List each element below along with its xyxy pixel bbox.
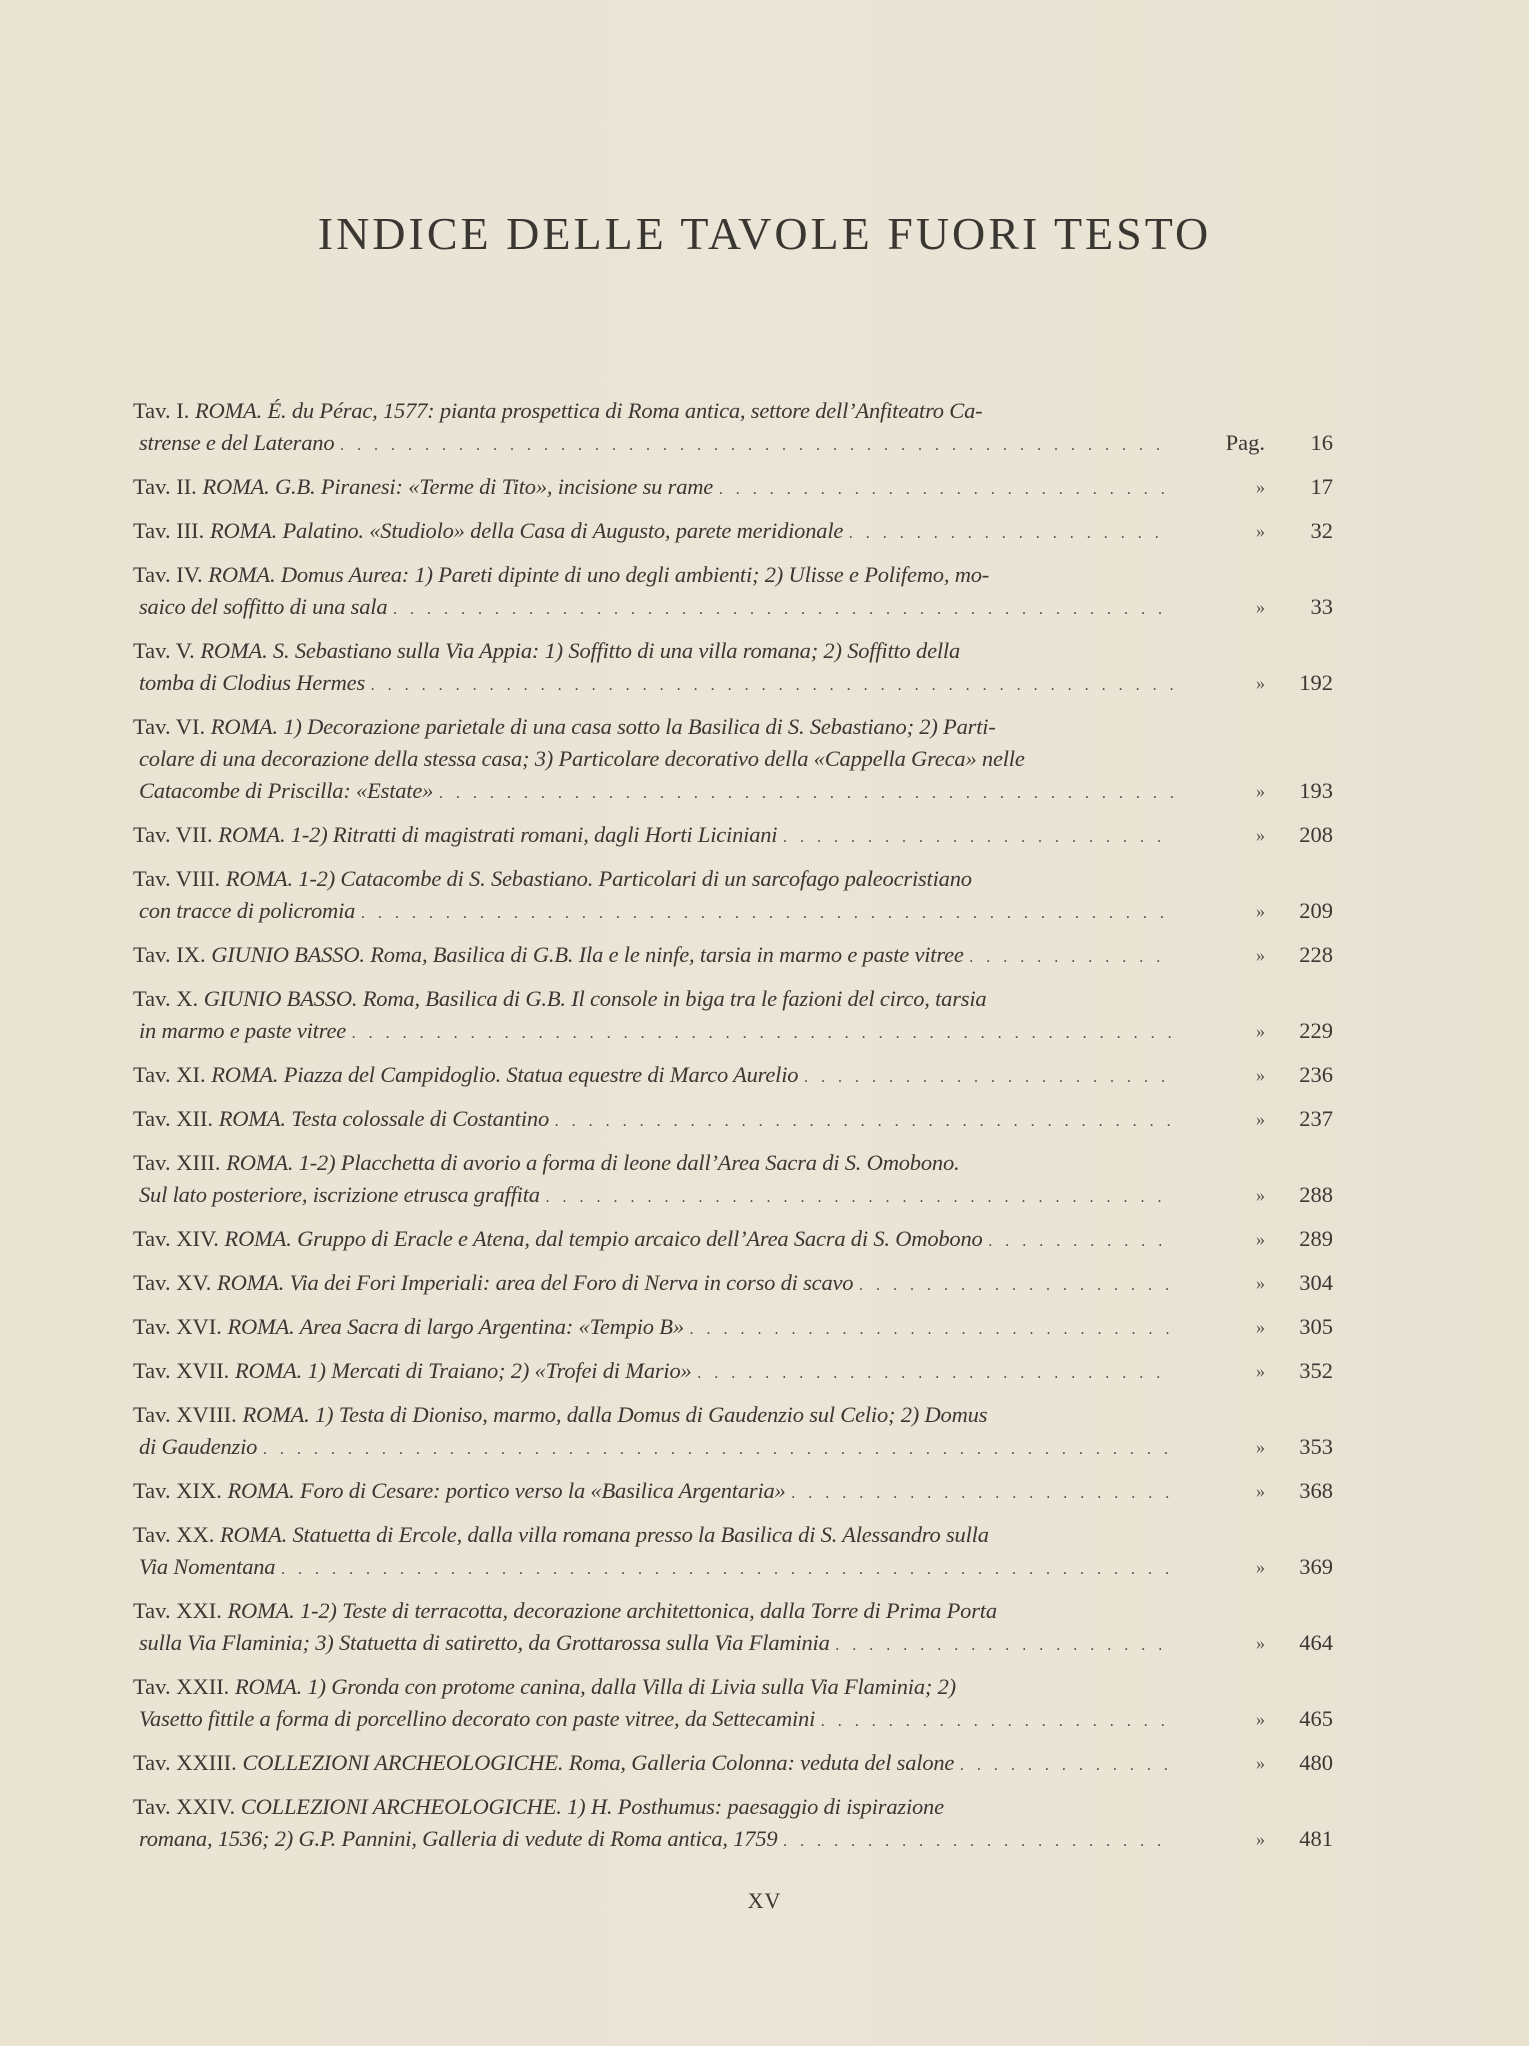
page-reference: »464 xyxy=(1193,1627,1333,1659)
dot-leader: . . . . . . . . . . . . . . . . . . . . … xyxy=(804,1069,1173,1086)
entry-first-line: Tav. XX. ROMA. Statuetta di Ercole, dall… xyxy=(133,1519,1173,1551)
page-number: 229 xyxy=(1289,1015,1333,1047)
dot-leader: . . . . . . . . . . . . . . . . . . . . … xyxy=(340,437,1173,454)
plate-description: ROMA. 1-2) Catacombe di S. Sebastiano. P… xyxy=(226,866,972,891)
ditto-mark: » xyxy=(1195,515,1265,547)
index-entry: Tav. XI. ROMA. Piazza del Campidoglio. S… xyxy=(133,1059,1333,1091)
dot-leader: . . . . . . . . . . . . . . . . . . . . … xyxy=(783,829,1173,846)
entry-first-line: Tav. XIV. ROMA. Gruppo di Eracle e Atena… xyxy=(133,1223,1173,1255)
entry-text: Tav. XVII. ROMA. 1) Mercati di Traiano; … xyxy=(133,1355,1173,1387)
entry-text: Tav. XXIV. COLLEZIONI ARCHEOLOGICHE. 1) … xyxy=(133,1791,1173,1855)
page-reference: »480 xyxy=(1193,1747,1333,1779)
ditto-mark: » xyxy=(1195,1475,1265,1507)
dot-leader: . . . . . . . . . . . . . . . . . . . . … xyxy=(352,1025,1173,1042)
plate-number: Tav. XIII. xyxy=(133,1150,221,1175)
page-number: 352 xyxy=(1289,1355,1333,1387)
plate-number: Tav. I. xyxy=(133,398,189,423)
ditto-mark: » xyxy=(1195,1823,1265,1855)
page-reference: Pag.16 xyxy=(1193,427,1333,459)
page-number: 289 xyxy=(1289,1223,1333,1255)
page-reference: »17 xyxy=(1193,471,1333,503)
ditto-mark: » xyxy=(1195,591,1265,623)
ditto-mark: » xyxy=(1195,1431,1265,1463)
entry-first-line: Tav. VIII. ROMA. 1-2) Catacombe di S. Se… xyxy=(133,863,1173,895)
ditto-mark: » xyxy=(1195,1311,1265,1343)
index-entry: Tav. XVIII. ROMA. 1) Testa di Dioniso, m… xyxy=(133,1399,1333,1463)
index-entry: Tav. XX. ROMA. Statuetta di Ercole, dall… xyxy=(133,1519,1333,1583)
plate-number: Tav. III. xyxy=(133,518,204,543)
plate-description: ROMA. Domus Aurea: 1) Pareti dipinte di … xyxy=(208,562,989,587)
entry-first-line: Tav. I. ROMA. É. du Pérac, 1577: pianta … xyxy=(133,395,1173,427)
entry-first-line: Tav. XVII. ROMA. 1) Mercati di Traiano; … xyxy=(133,1355,1173,1387)
plate-number: Tav. XXII. xyxy=(133,1674,229,1699)
plate-description: con tracce di policromia xyxy=(139,898,355,923)
page-number: 208 xyxy=(1289,819,1333,851)
ditto-mark: » xyxy=(1195,775,1265,807)
plate-number: Tav. XII. xyxy=(133,1106,213,1131)
entry-text: Tav. II. ROMA. G.B. Piranesi: «Terme di … xyxy=(133,471,1173,503)
entry-text: Tav. XVIII. ROMA. 1) Testa di Dioniso, m… xyxy=(133,1399,1173,1463)
entry-first-line: Tav. III. ROMA. Palatino. «Studiolo» del… xyxy=(133,515,1173,547)
index-entry: Tav. III. ROMA. Palatino. «Studiolo» del… xyxy=(133,515,1333,547)
page-reference: »228 xyxy=(1193,939,1333,971)
plate-description: tomba di Clodius Hermes xyxy=(139,670,365,695)
index-entry: Tav. VIII. ROMA. 1-2) Catacombe di S. Se… xyxy=(133,863,1333,927)
page-folio: XV xyxy=(0,1888,1529,1914)
plate-number: Tav. XVIII. xyxy=(133,1402,237,1427)
dot-leader: . . . . . . . . . . . . . . . . . . . . … xyxy=(555,1113,1173,1130)
entry-continuation-line: Catacombe di Priscilla: «Estate» . . . .… xyxy=(133,775,1173,807)
entry-continuation-line: strense e del Laterano . . . . . . . . .… xyxy=(133,427,1173,459)
entry-first-line: Tav. II. ROMA. G.B. Piranesi: «Terme di … xyxy=(133,471,1173,503)
plate-number: Tav. V. xyxy=(133,638,195,663)
index-entry: Tav. X. GIUNIO BASSO. Roma, Basilica di … xyxy=(133,983,1333,1047)
entry-first-line: Tav. XVI. ROMA. Area Sacra di largo Arge… xyxy=(133,1311,1173,1343)
entry-text: Tav. III. ROMA. Palatino. «Studiolo» del… xyxy=(133,515,1173,547)
dot-leader: . . . . . . . . . . . . . . . . . . . . … xyxy=(849,525,1173,542)
ditto-mark: » xyxy=(1195,1103,1265,1135)
entry-first-line: Tav. XVIII. ROMA. 1) Testa di Dioniso, m… xyxy=(133,1399,1173,1431)
dot-leader: . . . . . . . . . . . . . . . . . . . . … xyxy=(281,1561,1173,1578)
plate-description: ROMA. Foro di Cesare: portico verso la «… xyxy=(227,1478,785,1503)
plate-description: strense e del Laterano xyxy=(139,430,334,455)
page-number: 16 xyxy=(1289,427,1333,459)
entry-first-line: Tav. VII. ROMA. 1-2) Ritratti di magistr… xyxy=(133,819,1173,851)
ditto-mark: » xyxy=(1195,895,1265,927)
plate-description: colare di una decorazione della stessa c… xyxy=(139,746,1025,771)
index-entry: Tav. XIII. ROMA. 1-2) Placchetta di avor… xyxy=(133,1147,1333,1211)
index-entry: Tav. XXIV. COLLEZIONI ARCHEOLOGICHE. 1) … xyxy=(133,1791,1333,1855)
dot-leader: . . . . . . . . . . . . . . . . . . . . … xyxy=(969,949,1173,966)
plate-description: Via Nomentana xyxy=(139,1554,275,1579)
page-reference: »352 xyxy=(1193,1355,1333,1387)
plate-description: ROMA. 1) Testa di Dioniso, marmo, dalla … xyxy=(242,1402,987,1427)
plate-description: GIUNIO BASSO. Roma, Basilica di G.B. Ila… xyxy=(211,942,963,967)
index-entry: Tav. XVI. ROMA. Area Sacra di largo Arge… xyxy=(133,1311,1333,1343)
index-entry: Tav. XII. ROMA. Testa colossale di Costa… xyxy=(133,1103,1333,1135)
entry-first-line: Tav. XXII. ROMA. 1) Gronda con protome c… xyxy=(133,1671,1173,1703)
page-number: 481 xyxy=(1289,1823,1333,1855)
page-reference: »229 xyxy=(1193,1015,1333,1047)
entry-text: Tav. X. GIUNIO BASSO. Roma, Basilica di … xyxy=(133,983,1173,1047)
page-reference: »33 xyxy=(1193,591,1333,623)
dot-leader: . . . . . . . . . . . . . . . . . . . . … xyxy=(960,1757,1173,1774)
plate-number: Tav. XIX. xyxy=(133,1478,222,1503)
plate-number: Tav. XVII. xyxy=(133,1358,229,1383)
ditto-mark: » xyxy=(1195,1179,1265,1211)
dot-leader: . . . . . . . . . . . . . . . . . . . . … xyxy=(719,481,1173,498)
dot-leader: . . . . . . . . . . . . . . . . . . . . … xyxy=(361,905,1173,922)
plate-description: ROMA. 1-2) Placchetta di avorio a forma … xyxy=(226,1150,959,1175)
page-reference: »368 xyxy=(1193,1475,1333,1507)
dot-leader: . . . . . . . . . . . . . . . . . . . . … xyxy=(439,785,1173,802)
index-entry: Tav. IV. ROMA. Domus Aurea: 1) Pareti di… xyxy=(133,559,1333,623)
index-entry: Tav. XVII. ROMA. 1) Mercati di Traiano; … xyxy=(133,1355,1333,1387)
entry-text: Tav. IV. ROMA. Domus Aurea: 1) Pareti di… xyxy=(133,559,1173,623)
ditto-mark: » xyxy=(1195,1703,1265,1735)
entry-first-line: Tav. XIX. ROMA. Foro di Cesare: portico … xyxy=(133,1475,1173,1507)
entry-text: Tav. XXII. ROMA. 1) Gronda con protome c… xyxy=(133,1671,1173,1735)
plate-description: Catacombe di Priscilla: «Estate» xyxy=(139,778,433,803)
entry-continuation-line: Via Nomentana . . . . . . . . . . . . . … xyxy=(133,1551,1173,1583)
plate-description: ROMA. Palatino. «Studiolo» della Casa di… xyxy=(210,518,843,543)
dot-leader: . . . . . . . . . . . . . . . . . . . . … xyxy=(371,677,1173,694)
plate-number: Tav. VII. xyxy=(133,822,213,847)
entry-text: Tav. XXI. ROMA. 1-2) Teste di terracotta… xyxy=(133,1595,1173,1659)
entry-continuation-line: in marmo e paste vitree . . . . . . . . … xyxy=(133,1015,1173,1047)
entry-continuation-line: saico del soffitto di una sala . . . . .… xyxy=(133,591,1173,623)
page-number: 209 xyxy=(1289,895,1333,927)
dot-leader: . . . . . . . . . . . . . . . . . . . . … xyxy=(697,1365,1173,1382)
entry-text: Tav. VIII. ROMA. 1-2) Catacombe di S. Se… xyxy=(133,863,1173,927)
index-entry: Tav. V. ROMA. S. Sebastiano sulla Via Ap… xyxy=(133,635,1333,699)
ditto-mark: » xyxy=(1195,1551,1265,1583)
plate-description: Sul lato posteriore, iscrizione etrusca … xyxy=(139,1182,540,1207)
ditto-mark: » xyxy=(1195,471,1265,503)
page-number: 288 xyxy=(1289,1179,1333,1211)
ditto-mark: » xyxy=(1195,1059,1265,1091)
dot-leader: . . . . . . . . . . . . . . . . . . . . … xyxy=(545,1189,1173,1206)
plate-description: sulla Via Flaminia; 3) Statuetta di sati… xyxy=(139,1630,830,1655)
entry-first-line: Tav. VI. ROMA. 1) Decorazione parietale … xyxy=(133,711,1173,743)
entry-text: Tav. VII. ROMA. 1-2) Ritratti di magistr… xyxy=(133,819,1173,851)
plate-number: Tav. X. xyxy=(133,986,198,1011)
entry-continuation-line: Vasetto fittile a forma di porcellino de… xyxy=(133,1703,1173,1735)
plate-number: Tav. XV. xyxy=(133,1270,211,1295)
plate-description: ROMA. G.B. Piranesi: «Terme di Tito», in… xyxy=(202,474,713,499)
plate-number: Tav. XIV. xyxy=(133,1226,219,1251)
page-reference: »209 xyxy=(1193,895,1333,927)
page-number: 464 xyxy=(1289,1627,1333,1659)
plate-description: ROMA. 1-2) Ritratti di magistrati romani… xyxy=(218,822,777,847)
plate-description: ROMA. Via dei Fori Imperiali: area del F… xyxy=(217,1270,853,1295)
dot-leader: . . . . . . . . . . . . . . . . . . . . … xyxy=(791,1485,1173,1502)
page-number: 17 xyxy=(1289,471,1333,503)
entry-text: Tav. XII. ROMA. Testa colossale di Costa… xyxy=(133,1103,1173,1135)
entry-text: Tav. XIII. ROMA. 1-2) Placchetta di avor… xyxy=(133,1147,1173,1211)
page-title: INDICE DELLE TAVOLE FUORI TESTO xyxy=(0,207,1529,260)
entry-text: Tav. XV. ROMA. Via dei Fori Imperiali: a… xyxy=(133,1267,1173,1299)
plate-description: ROMA. Area Sacra di largo Argentina: «Te… xyxy=(227,1314,683,1339)
entry-continuation-line: di Gaudenzio . . . . . . . . . . . . . .… xyxy=(133,1431,1173,1463)
plates-index-list: Tav. I. ROMA. É. du Pérac, 1577: pianta … xyxy=(133,395,1333,1867)
ditto-mark: » xyxy=(1195,1747,1265,1779)
entry-first-line: Tav. XI. ROMA. Piazza del Campidoglio. S… xyxy=(133,1059,1173,1091)
page-reference: »236 xyxy=(1193,1059,1333,1091)
plate-number: Tav. XI. xyxy=(133,1062,206,1087)
page-number: 192 xyxy=(1289,667,1333,699)
entry-continuation-line: romana, 1536; 2) G.P. Pannini, Galleria … xyxy=(133,1823,1173,1855)
entry-text: Tav. XVI. ROMA. Area Sacra di largo Arge… xyxy=(133,1311,1173,1343)
dot-leader: . . . . . . . . . . . . . . . . . . . . … xyxy=(821,1713,1173,1730)
plate-description: GIUNIO BASSO. Roma, Basilica di G.B. Il … xyxy=(204,986,987,1011)
plate-description: ROMA. Gruppo di Eracle e Atena, dal temp… xyxy=(225,1226,983,1251)
index-entry: Tav. XIX. ROMA. Foro di Cesare: portico … xyxy=(133,1475,1333,1507)
page-number: 465 xyxy=(1289,1703,1333,1735)
entry-text: Tav. XIV. ROMA. Gruppo di Eracle e Atena… xyxy=(133,1223,1173,1255)
dot-leader: . . . . . . . . . . . . . . . . . . . . … xyxy=(859,1277,1173,1294)
page-number: 193 xyxy=(1289,775,1333,807)
page-number: 353 xyxy=(1289,1431,1333,1463)
page-number: 304 xyxy=(1289,1267,1333,1299)
plate-description: ROMA. Statuetta di Ercole, dalla villa r… xyxy=(220,1522,989,1547)
dot-leader: . . . . . . . . . . . . . . . . . . . . … xyxy=(783,1833,1173,1850)
plate-description: saico del soffitto di una sala xyxy=(139,594,387,619)
page-reference: »304 xyxy=(1193,1267,1333,1299)
ditto-mark: » xyxy=(1195,1355,1265,1387)
page-reference: »369 xyxy=(1193,1551,1333,1583)
entry-first-line: Tav. IX. GIUNIO BASSO. Roma, Basilica di… xyxy=(133,939,1173,971)
plate-number: Tav. XX. xyxy=(133,1522,214,1547)
plate-description: romana, 1536; 2) G.P. Pannini, Galleria … xyxy=(139,1826,777,1851)
ditto-mark: » xyxy=(1195,1627,1265,1659)
page-number: 368 xyxy=(1289,1475,1333,1507)
page-reference: »288 xyxy=(1193,1179,1333,1211)
plate-number: Tav. VIII. xyxy=(133,866,220,891)
entry-continuation-line: Sul lato posteriore, iscrizione etrusca … xyxy=(133,1179,1173,1211)
plate-description: ROMA. Testa colossale di Costantino xyxy=(219,1106,549,1131)
page-reference: »192 xyxy=(1193,667,1333,699)
dot-leader: . . . . . . . . . . . . . . . . . . . . … xyxy=(690,1321,1174,1338)
page-reference: »208 xyxy=(1193,819,1333,851)
page-reference: »237 xyxy=(1193,1103,1333,1135)
entry-continuation-line: con tracce di policromia . . . . . . . .… xyxy=(133,895,1173,927)
index-entry: Tav. XXI. ROMA. 1-2) Teste di terracotta… xyxy=(133,1595,1333,1659)
page-label: Pag. xyxy=(1195,427,1265,459)
plate-description: ROMA. Piazza del Campidoglio. Statua equ… xyxy=(211,1062,798,1087)
dot-leader: . . . . . . . . . . . . . . . . . . . . … xyxy=(393,601,1173,618)
entry-first-line: Tav. XXIII. COLLEZIONI ARCHEOLOGICHE. Ro… xyxy=(133,1747,1173,1779)
plate-number: Tav. IX. xyxy=(133,942,206,967)
ditto-mark: » xyxy=(1195,819,1265,851)
plate-number: Tav. XXIV. xyxy=(133,1794,235,1819)
page-number: 369 xyxy=(1289,1551,1333,1583)
plate-description: ROMA. 1-2) Teste di terracotta, decorazi… xyxy=(227,1598,996,1623)
page-reference: »353 xyxy=(1193,1431,1333,1463)
entry-text: Tav. XI. ROMA. Piazza del Campidoglio. S… xyxy=(133,1059,1173,1091)
page-reference: »481 xyxy=(1193,1823,1333,1855)
plate-description: ROMA. 1) Gronda con protome canina, dall… xyxy=(235,1674,956,1699)
page-number: 480 xyxy=(1289,1747,1333,1779)
index-entry: Tav. II. ROMA. G.B. Piranesi: «Terme di … xyxy=(133,471,1333,503)
ditto-mark: » xyxy=(1195,1223,1265,1255)
entry-continuation-line: colare di una decorazione della stessa c… xyxy=(133,743,1173,775)
entry-text: Tav. V. ROMA. S. Sebastiano sulla Via Ap… xyxy=(133,635,1173,699)
plate-number: Tav. II. xyxy=(133,474,197,499)
plate-number: Tav. VI. xyxy=(133,714,205,739)
plate-number: Tav. XVI. xyxy=(133,1314,222,1339)
index-entry: Tav. XIV. ROMA. Gruppo di Eracle e Atena… xyxy=(133,1223,1333,1255)
entry-first-line: Tav. X. GIUNIO BASSO. Roma, Basilica di … xyxy=(133,983,1173,1015)
entry-first-line: Tav. XV. ROMA. Via dei Fori Imperiali: a… xyxy=(133,1267,1173,1299)
page-number: 237 xyxy=(1289,1103,1333,1135)
index-entry: Tav. XV. ROMA. Via dei Fori Imperiali: a… xyxy=(133,1267,1333,1299)
dot-leader: . . . . . . . . . . . . . . . . . . . . … xyxy=(263,1441,1173,1458)
entry-text: Tav. VI. ROMA. 1) Decorazione parietale … xyxy=(133,711,1173,807)
plate-number: Tav. XXI. xyxy=(133,1598,222,1623)
plate-number: Tav. IV. xyxy=(133,562,203,587)
entry-text: Tav. IX. GIUNIO BASSO. Roma, Basilica di… xyxy=(133,939,1173,971)
entry-first-line: Tav. XXIV. COLLEZIONI ARCHEOLOGICHE. 1) … xyxy=(133,1791,1173,1823)
entry-text: Tav. XXIII. COLLEZIONI ARCHEOLOGICHE. Ro… xyxy=(133,1747,1173,1779)
entry-text: Tav. XIX. ROMA. Foro di Cesare: portico … xyxy=(133,1475,1173,1507)
index-entry: Tav. I. ROMA. É. du Pérac, 1577: pianta … xyxy=(133,395,1333,459)
plate-description: ROMA. É. du Pérac, 1577: pianta prospett… xyxy=(195,398,982,423)
plate-description: ROMA. 1) Decorazione parietale di una ca… xyxy=(211,714,996,739)
plate-number: Tav. XXIII. xyxy=(133,1750,237,1775)
index-entry: Tav. XXII. ROMA. 1) Gronda con protome c… xyxy=(133,1671,1333,1735)
ditto-mark: » xyxy=(1195,939,1265,971)
page-number: 236 xyxy=(1289,1059,1333,1091)
plate-description: COLLEZIONI ARCHEOLOGICHE. Roma, Galleria… xyxy=(242,1750,954,1775)
page-reference: »465 xyxy=(1193,1703,1333,1735)
plate-description: di Gaudenzio xyxy=(139,1434,257,1459)
page-number: 33 xyxy=(1289,591,1333,623)
ditto-mark: » xyxy=(1195,667,1265,699)
page-number: 32 xyxy=(1289,515,1333,547)
plate-description: Vasetto fittile a forma di porcellino de… xyxy=(139,1706,815,1731)
plate-description: ROMA. 1) Mercati di Traiano; 2) «Trofei … xyxy=(235,1358,692,1383)
plate-description: in marmo e paste vitree xyxy=(139,1018,346,1043)
entry-continuation-line: tomba di Clodius Hermes . . . . . . . . … xyxy=(133,667,1173,699)
page-reference: »32 xyxy=(1193,515,1333,547)
dot-leader: . . . . . . . . . . . . . . . . . . . . … xyxy=(835,1637,1173,1654)
plate-description: ROMA. S. Sebastiano sulla Via Appia: 1) … xyxy=(200,638,960,663)
index-entry: Tav. IX. GIUNIO BASSO. Roma, Basilica di… xyxy=(133,939,1333,971)
entry-first-line: Tav. XII. ROMA. Testa colossale di Costa… xyxy=(133,1103,1173,1135)
entry-first-line: Tav. IV. ROMA. Domus Aurea: 1) Pareti di… xyxy=(133,559,1173,591)
index-entry: Tav. VII. ROMA. 1-2) Ritratti di magistr… xyxy=(133,819,1333,851)
page-reference: »305 xyxy=(1193,1311,1333,1343)
page-number: 228 xyxy=(1289,939,1333,971)
ditto-mark: » xyxy=(1195,1267,1265,1299)
entry-first-line: Tav. V. ROMA. S. Sebastiano sulla Via Ap… xyxy=(133,635,1173,667)
page-reference: »193 xyxy=(1193,775,1333,807)
page-reference: »289 xyxy=(1193,1223,1333,1255)
entry-continuation-line: sulla Via Flaminia; 3) Statuetta di sati… xyxy=(133,1627,1173,1659)
dot-leader: . . . . . . . . . . . . . . . . . . . . … xyxy=(988,1233,1173,1250)
entry-text: Tav. I. ROMA. É. du Pérac, 1577: pianta … xyxy=(133,395,1173,459)
entry-first-line: Tav. XIII. ROMA. 1-2) Placchetta di avor… xyxy=(133,1147,1173,1179)
index-entry: Tav. VI. ROMA. 1) Decorazione parietale … xyxy=(133,711,1333,807)
entry-text: Tav. XX. ROMA. Statuetta di Ercole, dall… xyxy=(133,1519,1173,1583)
page-number: 305 xyxy=(1289,1311,1333,1343)
plate-description: COLLEZIONI ARCHEOLOGICHE. 1) H. Posthumu… xyxy=(241,1794,944,1819)
book-page: INDICE DELLE TAVOLE FUORI TESTO Tav. I. … xyxy=(0,0,1529,2046)
index-entry: Tav. XXIII. COLLEZIONI ARCHEOLOGICHE. Ro… xyxy=(133,1747,1333,1779)
entry-first-line: Tav. XXI. ROMA. 1-2) Teste di terracotta… xyxy=(133,1595,1173,1627)
ditto-mark: » xyxy=(1195,1015,1265,1047)
